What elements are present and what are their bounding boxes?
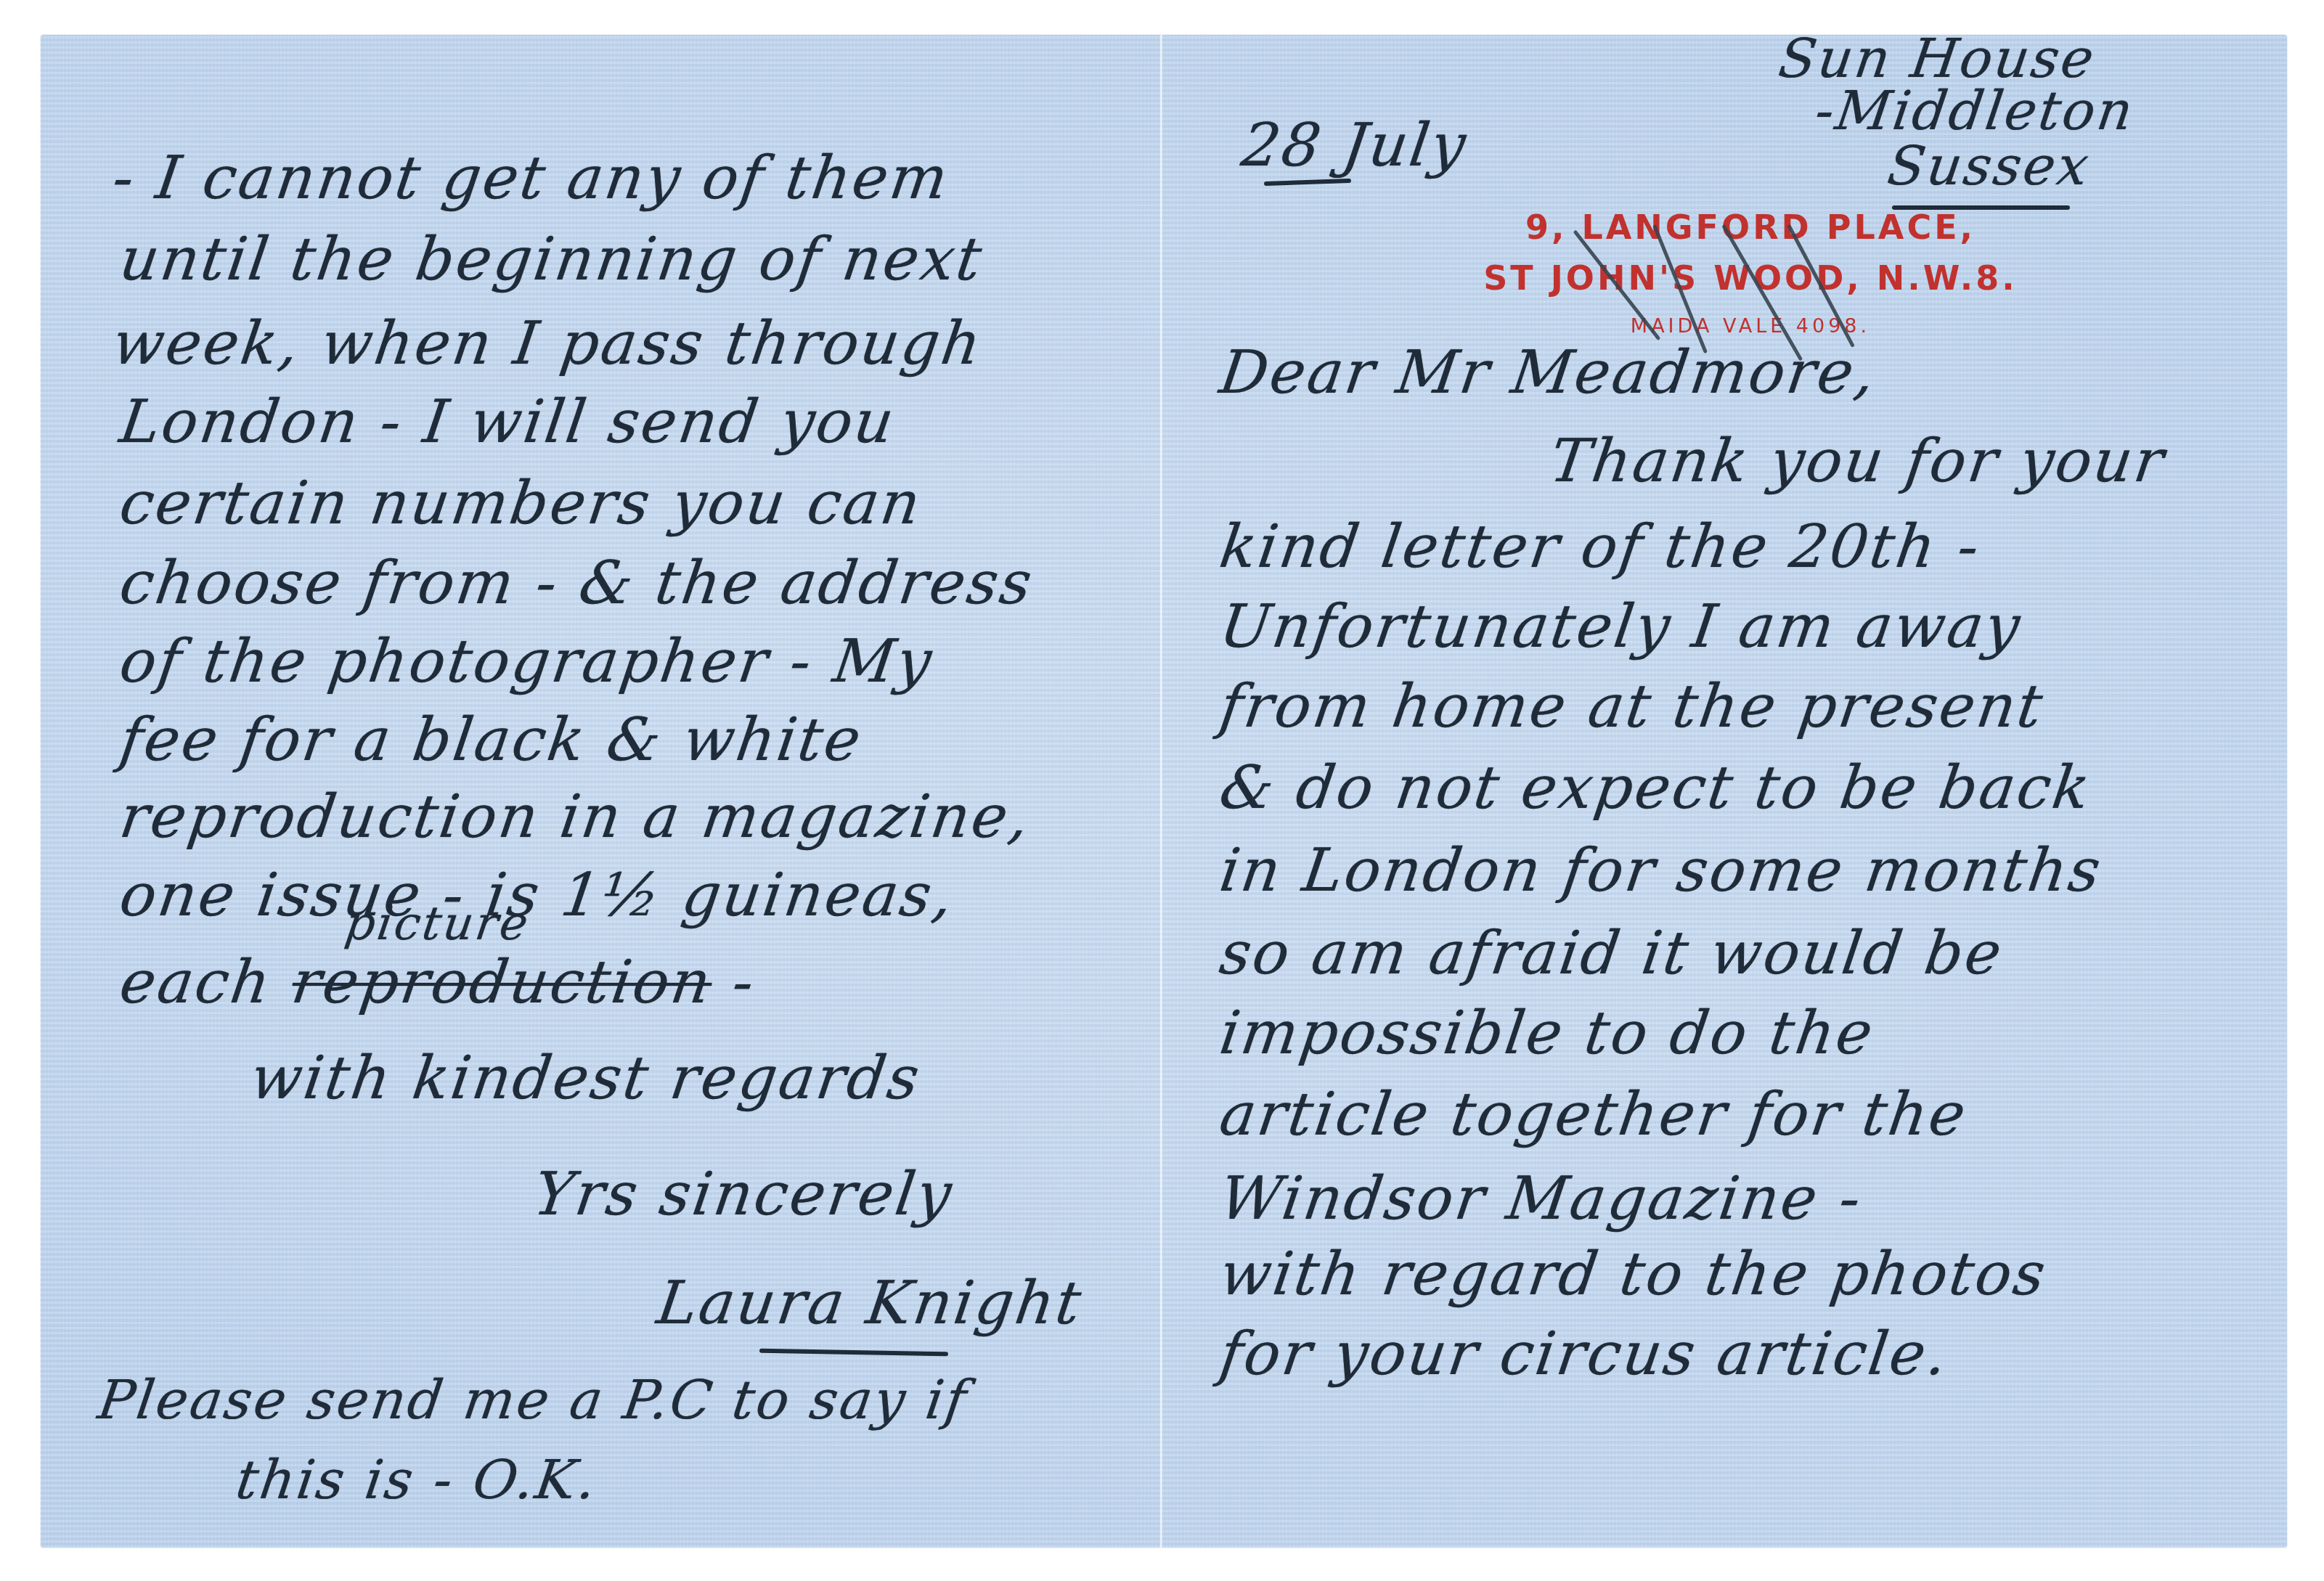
each-picture-line: each reproduction - xyxy=(115,948,760,1017)
letter-line: for your circus article. xyxy=(1215,1320,1953,1389)
salutation: Dear Mr Meadmore, xyxy=(1215,338,1881,407)
letter-line: Thank you for your xyxy=(1546,427,2170,496)
postscript-line: this is - O.K. xyxy=(232,1449,602,1511)
letter-line: of the photographer - My xyxy=(115,627,937,696)
letter-line: certain numbers you can xyxy=(115,469,926,538)
letter-line: Unfortunately I am away xyxy=(1215,592,2026,661)
letter-line: week, when I pass through xyxy=(108,309,987,378)
letter-line: Windsor Magazine - xyxy=(1215,1164,1867,1233)
letter-line: reproduction in a magazine, xyxy=(115,783,1035,851)
letter-line: & do not expect to be back xyxy=(1215,753,2096,822)
letter-line: choose from - & the address xyxy=(115,549,1037,618)
address-line: -Middleton xyxy=(1811,80,2139,142)
letter-sheet: - I cannot get any of them until the beg… xyxy=(41,35,2287,1548)
letter-line: one issue - is 1½ guineas, xyxy=(115,861,959,930)
postscript-line: Please send me a P.C to say if xyxy=(94,1369,972,1431)
letterhead-telephone: MAIDA VALE 4098. xyxy=(1402,315,2099,338)
closing-line: with kindest regards xyxy=(246,1044,925,1113)
right-page: 28 July Sun House -Middleton Sussex 9, L… xyxy=(1162,35,2287,1548)
letter-line: in London for some months xyxy=(1215,836,2106,905)
letter-line: so am afraid it would be xyxy=(1215,919,2007,988)
letter-line: fee for a black & white xyxy=(115,706,867,775)
letter-line: from home at the present xyxy=(1215,672,2048,741)
valediction: Yrs sincerely xyxy=(529,1160,958,1229)
postscript-underline xyxy=(759,1349,948,1357)
letter-line: impossible to do the xyxy=(1215,999,1878,1068)
letter-line: - I cannot get any of them xyxy=(108,144,953,213)
letter-line: with regard to the photos xyxy=(1215,1240,2051,1309)
inserted-word: picture xyxy=(342,897,534,951)
letterhead-street: 9, LANGFORD PLACE, xyxy=(1402,202,2099,253)
letter-line: kind letter of the 20th - xyxy=(1215,512,1985,581)
address-line: Sussex xyxy=(1884,135,2095,197)
letter-line: article together for the xyxy=(1215,1080,1972,1149)
each-word: each xyxy=(115,948,277,1017)
line-dash: - xyxy=(728,948,760,1017)
letter-line: London - I will send you xyxy=(115,388,900,457)
signature: Laura Knight xyxy=(653,1269,1087,1338)
letter-date: 28 July xyxy=(1237,111,1472,180)
left-page: - I cannot get any of them until the beg… xyxy=(41,35,1160,1548)
letter-line: until the beginning of next xyxy=(115,225,987,294)
letterhead-district: ST JOHN'S WOOD, N.W.8. xyxy=(1402,253,2099,303)
struck-word: reproduction xyxy=(288,948,717,1017)
